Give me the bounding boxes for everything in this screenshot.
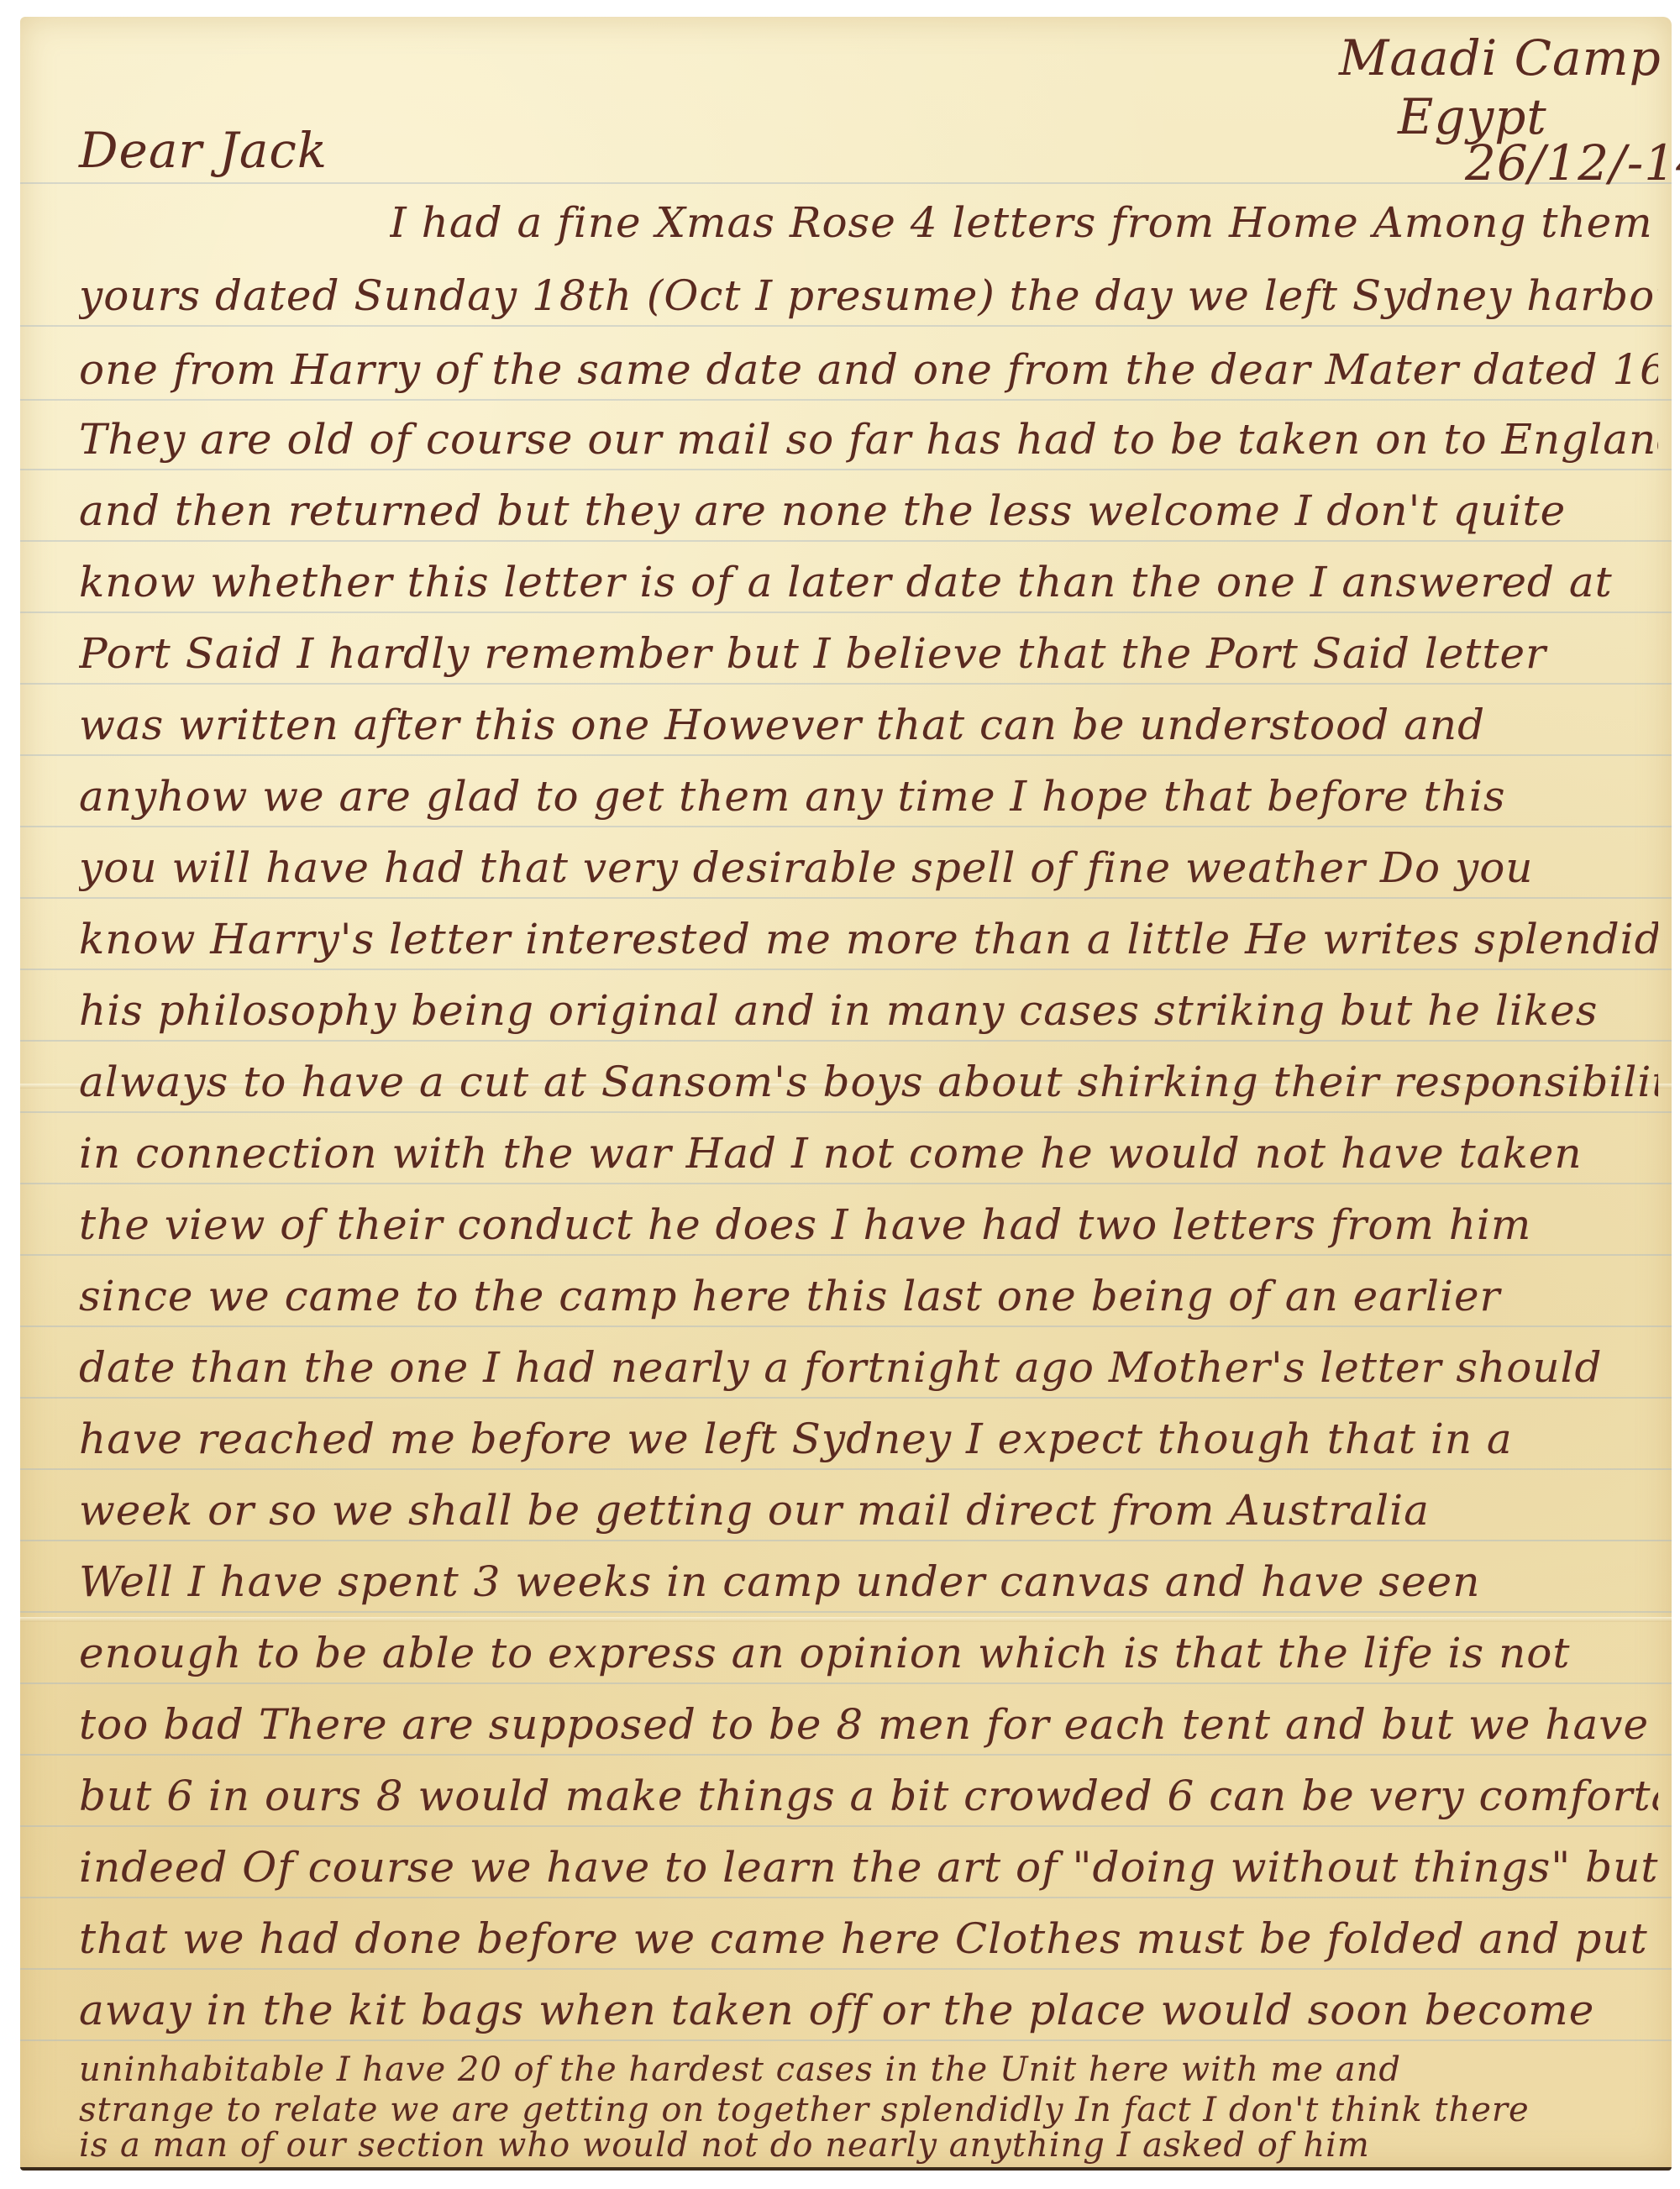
letter-line: Port Said I hardly remember but I believ… <box>79 624 1658 683</box>
letter-line: They are old of course our mail so far h… <box>79 410 1658 469</box>
letter-line: date than the one I had nearly a fortnig… <box>79 1338 1658 1397</box>
letter-line: since we came to the camp here this last… <box>79 1267 1658 1325</box>
letter-line: enough to be able to express an opinion … <box>79 1624 1658 1682</box>
letter-line: indeed Of course we have to learn the ar… <box>79 1838 1658 1897</box>
ruled-line <box>20 754 1672 756</box>
letter-line: that we had done before we came here Clo… <box>79 1909 1658 1968</box>
ruled-line <box>20 1540 1672 1541</box>
letter-date: 26/12/-14 <box>1465 134 1680 192</box>
letter-line: is a man of our section who would not do… <box>79 2125 1658 2165</box>
letter-line: have reached me before we left Sydney I … <box>79 1409 1658 1468</box>
letter-line: in connection with the war Had I not com… <box>79 1124 1658 1183</box>
ruled-line <box>20 1897 1672 1898</box>
letter-line: the view of their conduct he does I have… <box>79 1195 1658 1254</box>
ruled-line <box>20 540 1672 542</box>
ruled-line <box>20 1468 1672 1470</box>
letter-line: and then returned but they are none the … <box>79 481 1658 540</box>
letter-line: I had a fine Xmas Rose 4 letters from Ho… <box>390 193 1650 252</box>
letter-line: too bad There are supposed to be 8 men f… <box>79 1695 1658 1754</box>
ruled-line <box>20 1040 1672 1042</box>
letter-line: his philosophy being original and in man… <box>79 981 1658 1040</box>
ruled-line <box>20 1325 1672 1327</box>
letter-line: anyhow we are glad to get them any time … <box>79 767 1658 826</box>
letter-line: was written after this one However that … <box>79 696 1658 754</box>
ruled-line <box>20 683 1672 685</box>
letter-line: uninhabitable I have 20 of the hardest c… <box>79 2050 1658 2090</box>
letter-line: Well I have spent 3 weeks in camp under … <box>79 1552 1658 1611</box>
ruled-line <box>20 2039 1672 2041</box>
salutation: Dear Jack <box>79 122 328 179</box>
fold-crease <box>20 1617 1672 1622</box>
ruled-line <box>20 969 1672 970</box>
letter-line: away in the kit bags when taken off or t… <box>79 1981 1658 2039</box>
ruled-line <box>20 826 1672 827</box>
ruled-line <box>20 1254 1672 1256</box>
ruled-line <box>20 1111 1672 1113</box>
letter-line: yours dated Sunday 18th (Oct I presume) … <box>79 266 1658 325</box>
letter-line: strange to relate we are getting on toge… <box>79 2090 1658 2130</box>
letter-line: week or so we shall be getting our mail … <box>79 1481 1658 1540</box>
ruled-line <box>20 182 1672 184</box>
letter-paper: Maadi Camp Egypt 26/12/-14 Dear Jack I h… <box>20 17 1672 2171</box>
ruled-line <box>20 612 1672 613</box>
ruled-line <box>20 399 1672 401</box>
ruled-line <box>20 1397 1672 1399</box>
letter-line: know Harry's letter interested me more t… <box>79 910 1658 969</box>
letter-line: you will have had that very desirable sp… <box>79 838 1658 897</box>
ruled-line <box>20 1611 1672 1613</box>
ruled-line <box>20 325 1672 327</box>
letter-line: know whether this letter is of a later d… <box>79 553 1658 612</box>
letter-line: always to have a cut at Sansom's boys ab… <box>79 1053 1658 1111</box>
ruled-line <box>20 469 1672 470</box>
letter-location: Maadi Camp <box>1339 29 1662 87</box>
ruled-line <box>20 1682 1672 1684</box>
ruled-line <box>20 1183 1672 1184</box>
ruled-line <box>20 1825 1672 1827</box>
letter-line: but 6 in ours 8 would make things a bit … <box>79 1766 1658 1825</box>
ruled-line <box>20 1754 1672 1756</box>
ruled-line <box>20 897 1672 899</box>
ruled-line <box>20 1968 1672 1970</box>
letter-line: one from Harry of the same date and one … <box>79 340 1658 399</box>
